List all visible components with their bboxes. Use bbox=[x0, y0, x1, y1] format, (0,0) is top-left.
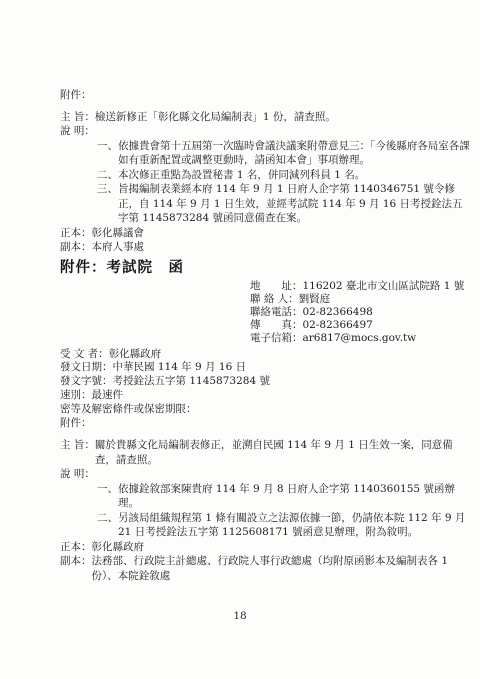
letter2-original-row: 正本： 彰化縣政府 bbox=[60, 540, 470, 555]
recipient-row: 受 文 者： 彰化縣政府 bbox=[60, 348, 470, 362]
doc-number-label: 發文字號： bbox=[60, 375, 113, 389]
letter2-subject-label: 主 旨： bbox=[60, 438, 95, 453]
speed-label: 速別： bbox=[60, 389, 92, 403]
issue-date-value: 中華民國 114 年 9 月 16 日 bbox=[113, 361, 471, 375]
letter2-original-value: 彰化縣政府 bbox=[92, 540, 471, 555]
letter1-original-label: 正本： bbox=[60, 226, 92, 241]
spacer bbox=[60, 103, 470, 110]
contact-phone-row: 聯絡電話： 02-82366498 bbox=[250, 306, 470, 319]
letter1-attachment-line: 附件： bbox=[60, 88, 470, 103]
letter1-item-2: 二、本次修正重點為設置秘書 1 名，併同減列科員 1 名。 bbox=[97, 168, 470, 183]
speed-row: 速別： 最速件 bbox=[60, 389, 470, 403]
issue-date-label: 發文日期： bbox=[60, 361, 113, 375]
spacer bbox=[60, 430, 470, 438]
letter1-subject-row: 主 旨： 檢送新修正「彰化縣文化局編制表」1 份，請查照。 bbox=[60, 110, 470, 125]
contact-person-row: 聯 絡 人： 劉賢庭 bbox=[250, 293, 470, 306]
letter1-subject-label: 主 旨： bbox=[60, 110, 95, 125]
contact-address-label: 地 址： bbox=[250, 280, 303, 293]
speed-value: 最速件 bbox=[92, 389, 471, 403]
contact-email-row: 電子信箱： ar6817@mocs.gov.tw bbox=[250, 332, 470, 345]
page-number: 18 bbox=[0, 609, 480, 624]
letter2-copy-value: 法務部、行政院主計總處、行政院人事行政總處（均附原函影本及編制表各 1 份）、本… bbox=[92, 554, 471, 583]
issue-date-row: 發文日期： 中華民國 114 年 9 月 16 日 bbox=[60, 361, 470, 375]
recipient-value: 彰化縣政府 bbox=[109, 348, 470, 362]
recipient-label: 受 文 者： bbox=[60, 348, 109, 362]
letter1-copy-value: 本府人事處 bbox=[92, 240, 471, 255]
contact-person-value: 劉賢庭 bbox=[299, 293, 470, 306]
letter2-copy-label: 副本： bbox=[60, 554, 92, 569]
contact-fax-value: 02-82366497 bbox=[303, 319, 471, 332]
letter1-item-3: 三、旨揭編制表業經本府 114 年 9 月 1 日府人企字第 114034675… bbox=[97, 182, 470, 226]
contact-phone-value: 02-82366498 bbox=[303, 306, 471, 319]
letter1-original-row: 正本： 彰化縣議會 bbox=[60, 226, 470, 241]
contact-block: 地 址： 116202 臺北市文山區試院路 1 號 聯 絡 人： 劉賢庭 聯絡電… bbox=[250, 280, 470, 346]
letter1-original-value: 彰化縣議會 bbox=[92, 226, 471, 241]
contact-email-label: 電子信箱： bbox=[250, 332, 303, 345]
letter2-explanation-label: 說 明： bbox=[60, 467, 470, 482]
letter1-explanation-label: 說 明： bbox=[60, 124, 470, 139]
attachment2-row: 附件： bbox=[60, 417, 470, 431]
contact-person-label: 聯 絡 人： bbox=[250, 293, 299, 306]
recipient-meta-block: 受 文 者： 彰化縣政府 發文日期： 中華民國 114 年 9 月 16 日 發… bbox=[60, 348, 470, 431]
letter2-subject-text: 關於貴縣文化局編制表修正，並溯自民國 114 年 9 月 1 日生效一案，同意備… bbox=[95, 438, 470, 467]
doc-number-row: 發文字號： 考授銓法五字第 1145873284 號 bbox=[60, 375, 470, 389]
letter2-subject-row: 主 旨： 關於貴縣文化局編制表修正，並溯自民國 114 年 9 月 1 日生效一… bbox=[60, 438, 470, 467]
contact-phone-label: 聯絡電話： bbox=[250, 306, 303, 319]
letter2-item-2: 二、另該局組織規程第 1 條有關設立之法源依據一節，仍請依本院 112 年 9 … bbox=[97, 511, 470, 540]
contact-address-value: 116202 臺北市文山區試院路 1 號 bbox=[303, 280, 471, 293]
attachment2-label: 附件： bbox=[60, 417, 92, 431]
letter1-explanation-items: 一、依據貴會第十五屆第一次臨時會議決議案附帶意見三：「今後縣府各局室各課如有重新… bbox=[97, 139, 470, 226]
contact-fax-label: 傳 真： bbox=[250, 319, 303, 332]
letter1-copy-label: 副本： bbox=[60, 240, 92, 255]
letter1-copy-row: 副本： 本府人事處 bbox=[60, 240, 470, 255]
letter1-subject-text: 檢送新修正「彰化縣文化局編制表」1 份，請查照。 bbox=[95, 110, 470, 125]
security-label: 密等及解密條件或保密期限： bbox=[60, 403, 197, 417]
contact-address-row: 地 址： 116202 臺北市文山區試院路 1 號 bbox=[250, 280, 470, 293]
letter2-original-label: 正本： bbox=[60, 540, 92, 555]
doc-number-value: 考授銓法五字第 1145873284 號 bbox=[113, 375, 471, 389]
letter1-item-1: 一、依據貴會第十五屆第一次臨時會議決議案附帶意見三：「今後縣府各局室各課如有重新… bbox=[97, 139, 470, 168]
contact-email-value: ar6817@mocs.gov.tw bbox=[303, 332, 471, 345]
letter2-explanation-items: 一、依據銓敘部案陳貴府 114 年 9 月 8 日府人企字第 114036015… bbox=[97, 482, 470, 540]
letter2-item-1: 一、依據銓敘部案陳貴府 114 年 9 月 8 日府人企字第 114036015… bbox=[97, 482, 470, 511]
document-page: 附件： 主 旨： 檢送新修正「彰化縣文化局編制表」1 份，請查照。 說 明： 一… bbox=[0, 0, 480, 679]
letter2-copy-row: 副本： 法務部、行政院主計總處、行政院人事行政總處（均附原函影本及編制表各 1 … bbox=[60, 554, 470, 583]
attachment-doc-title: 附件：考試院 函 bbox=[60, 259, 470, 277]
contact-fax-row: 傳 真： 02-82366497 bbox=[250, 319, 470, 332]
security-row: 密等及解密條件或保密期限： bbox=[60, 403, 470, 417]
